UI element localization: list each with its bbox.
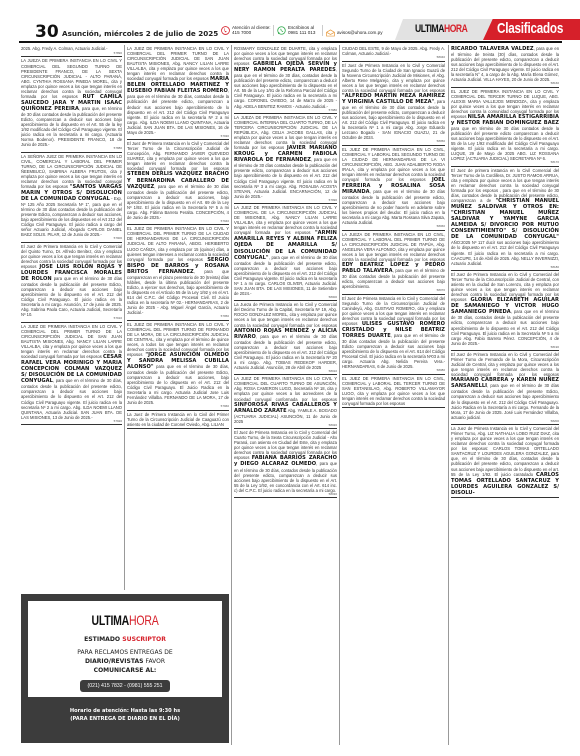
subscriber-advertisement: ULTIMAHORA ESTIMADO SUSCRIPTOR PARA RECL… bbox=[21, 594, 229, 743]
legal-notice: LA SEÑORA JUEZ DE PRIMERA INSTANCIA EN L… bbox=[21, 153, 122, 243]
legal-notice: LA JUEZA DE PRIMERA INSTANCIA EN LO CIVI… bbox=[234, 114, 337, 204]
page-number: 30 bbox=[35, 24, 59, 41]
ad-heading: ESTIMADO SUSCRIPTOR bbox=[28, 636, 222, 643]
legal-notice: El Juez de primera instancia en lo Civil… bbox=[451, 167, 559, 271]
notice-code: 57960 bbox=[127, 405, 229, 408]
legal-notice: LA JUEZ DE PRIMERA INSTANCIA EN LO CIVIL… bbox=[21, 323, 122, 425]
notice-code: 58170 bbox=[451, 161, 559, 164]
column-5: RICARDO TALAVERA VALDEZ, para que en el … bbox=[451, 45, 559, 745]
ad-text: DIARIO/REVISTAS FAVOR bbox=[28, 658, 222, 665]
notice-code: 57910 bbox=[21, 317, 122, 320]
legal-notice: EL JUEZ DE PRIMERA INSTANCIA EN LO CIVIL… bbox=[127, 321, 229, 411]
notice-code: 57880 bbox=[21, 147, 122, 150]
whatsapp-contact[interactable]: Escribinos al 0981 111 013 bbox=[277, 25, 315, 36]
notice-code: 58000 bbox=[234, 296, 337, 299]
legal-notice: El Juez de Primera Instancia en lo Civil… bbox=[127, 140, 229, 225]
legal-notice: 2025. Abg. Fredy A. Colman, Actuario Jud… bbox=[21, 45, 122, 57]
whatsapp-icon bbox=[277, 26, 286, 35]
ad-hours: Horario de atención: Hasta las 9:30 hs bbox=[21, 708, 229, 714]
mail-icon bbox=[326, 28, 335, 37]
divider bbox=[273, 25, 274, 36]
notice-code: 58030 bbox=[234, 493, 337, 496]
notice-code: 58200 bbox=[451, 420, 559, 423]
legal-notice: RICARDO TALAVERA VALDEZ, para que en el … bbox=[451, 45, 559, 88]
column-2: LA JUEZ DE PRIMERA INSTANCIA EN LO CIVIL… bbox=[127, 45, 229, 588]
column-divider bbox=[339, 45, 340, 745]
legal-notice: EL JUEZ DE PRIMERA INSTANCIA EN LO CIVIL… bbox=[451, 88, 559, 167]
notice-code: 58190 bbox=[451, 346, 559, 349]
notice-code: 57900 bbox=[21, 237, 122, 240]
column-divider bbox=[124, 45, 125, 590]
notice-code: 57930 bbox=[127, 135, 229, 138]
legal-notice: LA JUEZA DE PRIMERA INSTANCIA EN LO CIVI… bbox=[21, 57, 122, 152]
legal-notice: El Juez de Primera Instancia en lo Civil… bbox=[234, 429, 337, 498]
brand-banner: ULTIMAHORA Clasificados bbox=[395, 19, 580, 40]
notice-code: 58020 bbox=[234, 424, 337, 427]
page-header: 30 Asunción, miércoles 2 de julio de 202… bbox=[0, 0, 580, 30]
legal-notice: El Juez de Primera Instancia en lo Civil… bbox=[451, 351, 559, 425]
header-rule bbox=[19, 41, 562, 43]
notice-code: 58010 bbox=[234, 370, 337, 373]
page-date: Asunción, miércoles 2 de julio de 2025 bbox=[62, 29, 218, 38]
notice-code: 57890 bbox=[21, 52, 122, 55]
column-3: ROSMARY GONZALEZ DE DUARTE, cita y empla… bbox=[234, 45, 337, 745]
notice-code: 57950 bbox=[127, 315, 229, 318]
legal-notice: La Juez de Primera Instancia en lo Civil… bbox=[127, 411, 229, 429]
customer-service-contact[interactable]: Atención al cliente: 415 7000 bbox=[221, 25, 271, 36]
notice-code: 58180 bbox=[451, 266, 559, 269]
legal-notice: La Juez de Primera Instancia en lo Civil… bbox=[451, 425, 559, 498]
ad-text: COMUNICARSE AL: bbox=[28, 667, 222, 674]
column-1: 2025. Abg. Fredy A. Colman, Actuario Jud… bbox=[21, 45, 122, 588]
ad-brand-logo: ULTIMAHORA bbox=[52, 612, 198, 628]
section-title: Clasificados bbox=[483, 19, 580, 40]
legal-notice: El Juez de Primera Instancia en lo Civil… bbox=[451, 271, 559, 351]
notice-code: 57940 bbox=[127, 220, 229, 223]
legal-notice: EL JUEZ DE PRIMERA INSTANCIA EN LO CIVIL… bbox=[127, 225, 229, 320]
legal-notice: ROSMARY GONZALEZ DE DUARTE, cita y empla… bbox=[234, 45, 337, 114]
legal-notice: El Juez de Primera Instancia en lo Civil… bbox=[21, 243, 122, 323]
divider bbox=[322, 25, 323, 36]
ad-text: PARA RECLAMOS ENTREGAS DE bbox=[28, 649, 222, 656]
legal-notice: LA JUEZ DE PRIMERA INSTANCIA EN LO CIVIL… bbox=[234, 375, 337, 429]
column-divider bbox=[448, 45, 449, 745]
notice-code: 58160 bbox=[451, 82, 559, 85]
ad-hours-note: (PARA ENTREGA DE DIARIO EN EL DÍA) bbox=[21, 716, 229, 722]
legal-notice: LA JUEZ DE PRIMERA INSTANCIA EN LO CIVIL… bbox=[127, 45, 229, 140]
notice-code: 57920 bbox=[21, 420, 122, 423]
email-contact[interactable]: avisos@uhora.com.py bbox=[326, 28, 383, 37]
legal-notice: LA JUEZ DE PRIMERA INSTANCIA EN LO CIVIL… bbox=[234, 204, 337, 301]
phone-icon bbox=[221, 26, 230, 35]
notice-code: 57980 bbox=[234, 109, 337, 112]
column-divider bbox=[231, 45, 232, 745]
ad-phone-numbers[interactable]: (021) 415 7832 - (0981) 555 251 bbox=[80, 680, 170, 692]
brand-logo: ULTIMAHORA bbox=[415, 23, 467, 35]
legal-notice: La Jueza de Primera Instancia en lo Civi… bbox=[234, 301, 337, 375]
notice-code: 57990 bbox=[234, 199, 337, 202]
column-5-placeholder bbox=[342, 45, 445, 745]
